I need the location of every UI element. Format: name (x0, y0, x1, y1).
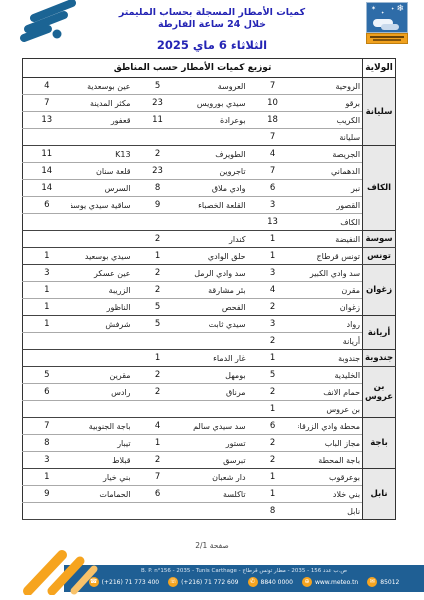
station-name-cell: تاجروين (183, 163, 248, 180)
rainfall-value-cell: 11 (133, 112, 183, 129)
station-name-cell: نبر (298, 180, 363, 197)
rainfall-value-cell: 7 (133, 469, 183, 486)
document-header: كميات الأمطار المسجلة بحساب المليمتر خلا… (0, 7, 424, 52)
station-name-cell: النفيضة (298, 231, 363, 248)
station-name-cell: قبلاط (71, 452, 133, 469)
station-name-cell: القلعة الخصباء (183, 197, 248, 214)
table-row: الكافالجريصة4الطويرف2K1311 (23, 146, 396, 163)
table-row: مقرن4بئر مشارقة2الزريبة1 (23, 282, 396, 299)
rainfall-value-cell: 4 (23, 78, 71, 95)
station-name-cell: بومهل (183, 367, 248, 384)
rainfall-value-cell: 1 (248, 248, 298, 265)
station-name-cell: العروسة (183, 78, 248, 95)
rainfall-value-cell: 6 (248, 180, 298, 197)
station-name-cell: نابل (298, 503, 363, 520)
wilaya-cell: نابل (363, 469, 396, 520)
station-name-cell (183, 503, 248, 520)
rainfall-value-cell: 3 (248, 197, 298, 214)
rainfall-value-cell: 2 (133, 452, 183, 469)
station-name-cell: بئر مشارقة (183, 282, 248, 299)
rainfall-value-cell: 14 (23, 163, 71, 180)
rainfall-value-cell: 1 (23, 299, 71, 316)
station-name-cell: الروحية (298, 78, 363, 95)
station-name-cell: جندوبة (298, 350, 363, 367)
rainfall-value-cell: 2 (133, 282, 183, 299)
wilaya-cell: أريانة (363, 316, 396, 350)
footer-slashes-decoration (16, 549, 102, 595)
rainfall-value-cell: 1 (23, 469, 71, 486)
rainfall-value-cell: 13 (248, 214, 298, 231)
snowflake-icon: ❄ (396, 4, 404, 14)
station-name-cell: قلعة سنان (71, 163, 133, 180)
inm-institute-logo: ❄ ✶ ✦ ✦ (366, 2, 408, 44)
rainfall-value-cell: 3 (248, 316, 298, 333)
station-name-cell: سد سيدي سالم (183, 418, 248, 435)
table-row: الكريب18بوعرادة11قعفور13 (23, 112, 396, 129)
station-name-cell: بني خيار (71, 469, 133, 486)
station-name-cell: الحمامات (71, 486, 133, 503)
station-name-cell: الجريصة (298, 146, 363, 163)
rainfall-value-cell: 23 (133, 163, 183, 180)
rainfall-value-cell (23, 333, 71, 350)
fax-icon: ☏ (168, 577, 178, 587)
footer-contact-item: ☏(+216) 71 772 609 (168, 577, 238, 587)
wilaya-cell: باجة (363, 418, 396, 469)
station-name-cell: وادي ملاق (183, 180, 248, 197)
station-name-cell: الكاف (298, 214, 363, 231)
station-name-cell: أريانة (298, 333, 363, 350)
star-icon: ✦ (391, 6, 394, 11)
wilaya-column-header: الولاية (363, 59, 396, 78)
station-name-cell: مقرن (298, 282, 363, 299)
station-name-cell (71, 503, 133, 520)
sms-icon: ✉ (367, 577, 377, 587)
title-line-1: كميات الأمطار المسجلة بحساب المليمتر (0, 7, 424, 19)
rainfall-value-cell (133, 503, 183, 520)
rainfall-value-cell: 8 (133, 180, 183, 197)
station-name-cell: محطة وادي الزرقاء (298, 418, 363, 435)
station-name-cell (71, 350, 133, 367)
footer-address-fr: B. P. n°156 - 2035 - Tunis Carthage - (141, 568, 241, 574)
table-row: برقو10سيدي بورويس23مكثر المدينة7 (23, 95, 396, 112)
table-row: جندوبةجندوبة1غار الدماء1 (23, 350, 396, 367)
table-header-row: الولاية توزيع كميات الأمطار حسب المناطق (23, 59, 396, 78)
station-name-cell: شرفش (71, 316, 133, 333)
rainfall-value-cell: 3 (23, 265, 71, 282)
station-name-cell: الفحص (183, 299, 248, 316)
rainfall-value-cell (23, 129, 71, 146)
station-name-cell: سد وادي الرمل (183, 265, 248, 282)
rainfall-value-cell: 4 (133, 418, 183, 435)
station-name-cell: الزريبة (71, 282, 133, 299)
rainfall-value-cell: 1 (133, 248, 183, 265)
rainfall-value-cell: 5 (133, 316, 183, 333)
table-row: نابلبوعرقوب1دار شعبان7بني خيار1 (23, 469, 396, 486)
rainfall-value-cell: 2 (133, 384, 183, 401)
wilaya-cell: جندوبة (363, 350, 396, 367)
table-row: بني خلاد1تاكلسة6الحمامات9 (23, 486, 396, 503)
rainfall-table: الولاية توزيع كميات الأمطار حسب المناطق … (22, 58, 396, 520)
station-name-cell: سد وادي الكبير (298, 265, 363, 282)
contact-text: (+216) 71 772 609 (181, 579, 238, 586)
station-name-cell: مرناق (183, 384, 248, 401)
wilaya-cell: زغوان (363, 265, 396, 316)
rainfall-value-cell: 6 (23, 384, 71, 401)
station-name-cell: تستور (183, 435, 248, 452)
station-name-cell: الخليدية (298, 367, 363, 384)
station-name-cell: الطويرف (183, 146, 248, 163)
station-name-cell: حلق الوادي (183, 248, 248, 265)
station-name-cell (71, 401, 133, 418)
rainfall-value-cell (23, 350, 71, 367)
rainfall-value-cell: 2 (248, 452, 298, 469)
rainfall-value-cell: 8 (23, 435, 71, 452)
wilaya-cell: تونس (363, 248, 396, 265)
table-row: باجة المحطة2تبرسق2قبلاط3 (23, 452, 396, 469)
rainfall-value-cell (23, 214, 71, 231)
station-name-cell: باجة الجنوبية (71, 418, 133, 435)
station-name-cell: الدهماني (298, 163, 363, 180)
star-icon: ✦ (381, 10, 384, 15)
station-name-cell: عين عسكر (71, 265, 133, 282)
station-name-cell: مجاز الباب (298, 435, 363, 452)
table-row: القصور3القلعة الخصباء9ساقية سيدي يوسف6 (23, 197, 396, 214)
rainfall-value-cell: 3 (248, 265, 298, 282)
table-row: مجاز الباب2تستور1تيبار8 (23, 435, 396, 452)
footer-bar: B. P. n°156 - 2035 - Tunis Carthage - ص.… (64, 565, 424, 592)
table-row: أريانة2 (23, 333, 396, 350)
rainfall-value-cell: 2 (248, 333, 298, 350)
station-name-cell (183, 401, 248, 418)
contact-text: www.meteo.tn (315, 579, 358, 586)
rainfall-value-cell: 9 (23, 486, 71, 503)
station-name-cell: تونس قرطاج (298, 248, 363, 265)
rainfall-value-cell: 7 (23, 95, 71, 112)
station-name-cell: رادس (71, 384, 133, 401)
station-name-cell: تبرسق (183, 452, 248, 469)
rainfall-value-cell (133, 214, 183, 231)
station-name-cell (71, 129, 133, 146)
table-row: باجةمحطة وادي الزرقاء6سد سيدي سالم4باجة … (23, 418, 396, 435)
footer-address-ar: ص.ب عدد 156 - 2035 - مطار تونس قرطاج (242, 568, 347, 574)
station-name-cell: سيدي ثابت (183, 316, 248, 333)
title-line-2: خلال 24 ساعة الفارطة (0, 19, 424, 31)
table-row: سليانة7 (23, 129, 396, 146)
rainfall-value-cell (23, 503, 71, 520)
table-row: بن عروسالخليدية5بومهل2مقرين5 (23, 367, 396, 384)
station-name-cell: مقرين (71, 367, 133, 384)
station-name-cell (71, 214, 133, 231)
rainfall-value-cell (133, 401, 183, 418)
station-name-cell (71, 231, 133, 248)
rainfall-value-cell: 5 (133, 299, 183, 316)
rainfall-value-cell (133, 333, 183, 350)
station-name-cell: بوعرادة (183, 112, 248, 129)
station-name-cell: ساقية سيدي يوسف (71, 197, 133, 214)
contact-text: (+216) 71 773 400 (102, 579, 159, 586)
station-name-cell (183, 214, 248, 231)
rainfall-value-cell: 2 (133, 367, 183, 384)
station-name-cell (183, 333, 248, 350)
table-row: زغوانسد وادي الكبير3سد وادي الرمل2عين عس… (23, 265, 396, 282)
table-row: زغوان2الفحص5الناظور1 (23, 299, 396, 316)
station-name-cell: الناظور (71, 299, 133, 316)
rainfall-value-cell: 13 (23, 112, 71, 129)
rainfall-value-cell: 4 (248, 282, 298, 299)
rainfall-value-cell (23, 401, 71, 418)
station-name-cell: بوعرقوب (298, 469, 363, 486)
rainfall-value-cell: 5 (248, 367, 298, 384)
rainfall-value-cell: 1 (248, 350, 298, 367)
rainfall-value-cell: 2 (248, 384, 298, 401)
inm-logo-name-band (366, 33, 408, 44)
rainfall-value-cell: 7 (23, 418, 71, 435)
station-name-cell: زغوان (298, 299, 363, 316)
footer-contact-item: ⊕www.meteo.tn (302, 577, 358, 587)
station-name-cell: سيدي بورويس (183, 95, 248, 112)
rainfall-value-cell (23, 231, 71, 248)
rainfall-value-cell: 1 (248, 401, 298, 418)
station-name-cell: سليانة (298, 129, 363, 146)
rainfall-value-cell: 2 (133, 265, 183, 282)
contact-text: 8840 0000 (261, 579, 293, 586)
table-row: تونستونس قرطاج1حلق الوادي1سيدي بوسعيد1 (23, 248, 396, 265)
footer-contacts: ☎(+216) 71 773 400☏(+216) 71 772 609✆884… (64, 577, 424, 587)
table-row: نبر6وادي ملاق8السرس14 (23, 180, 396, 197)
wilaya-cell: الكاف (363, 146, 396, 231)
rainfall-value-cell: 1 (248, 486, 298, 503)
contact-text: 85012 (380, 579, 399, 586)
footer-contact-item: ✉85012 (367, 577, 399, 587)
rainfall-value-cell: 6 (133, 486, 183, 503)
station-name-cell: K13 (71, 146, 133, 163)
globe-icon: ⊕ (302, 577, 312, 587)
rainfall-value-cell: 8 (248, 503, 298, 520)
station-name-cell: قعفور (71, 112, 133, 129)
rainfall-value-cell: 2 (248, 435, 298, 452)
station-name-cell: بن عروس (298, 401, 363, 418)
station-name-cell: تاكلسة (183, 486, 248, 503)
station-name-cell: غار الدماء (183, 350, 248, 367)
rainfall-value-cell: 6 (23, 197, 71, 214)
rainfall-value-cell: 2 (133, 146, 183, 163)
rainfall-value-cell: 18 (248, 112, 298, 129)
cloud-icon (381, 24, 399, 30)
wilaya-cell: سليانة (363, 78, 396, 146)
table-row: سليانةالروحية7العروسة5عين بوسعدية4 (23, 78, 396, 95)
rainfall-value-cell: 2 (248, 299, 298, 316)
rainfall-value-cell: 11 (23, 146, 71, 163)
table-row: حمام الانف2مرناق2رادس6 (23, 384, 396, 401)
station-name-cell: القصور (298, 197, 363, 214)
rainfall-value-cell: 1 (23, 282, 71, 299)
station-name-cell: السرس (71, 180, 133, 197)
table-row: سوسةالنفيضة1كندار2 (23, 231, 396, 248)
station-name-cell (183, 129, 248, 146)
rainfall-value-cell: 1 (248, 231, 298, 248)
star-icon: ✶ (371, 5, 376, 12)
wilaya-cell: سوسة (363, 231, 396, 248)
inm-logo-sky: ❄ ✶ ✦ ✦ (366, 2, 408, 33)
table-row: الدهماني7تاجروين23قلعة سنان14 (23, 163, 396, 180)
table-row: أريانةرواد3سيدي ثابت5شرفش1 (23, 316, 396, 333)
rainfall-value-cell: 9 (133, 197, 183, 214)
rainfall-value-cell: 1 (248, 469, 298, 486)
station-name-cell: باجة المحطة (298, 452, 363, 469)
rainfall-value-cell: 5 (23, 367, 71, 384)
rainfall-value-cell: 14 (23, 180, 71, 197)
station-name-cell: برقو (298, 95, 363, 112)
rainfall-value-cell: 7 (248, 129, 298, 146)
report-date: الثلاثاء 6 ماي 2025 (0, 38, 424, 52)
station-name-cell: تيبار (71, 435, 133, 452)
station-name-cell: عين بوسعدية (71, 78, 133, 95)
station-name-cell: سيدي بوسعيد (71, 248, 133, 265)
station-name-cell: دار شعبان (183, 469, 248, 486)
station-name-cell: حمام الانف (298, 384, 363, 401)
footer-address: B. P. n°156 - 2035 - Tunis Carthage - ص.… (64, 568, 424, 574)
wilaya-cell: بن عروس (363, 367, 396, 418)
rainfall-value-cell (133, 129, 183, 146)
rainfall-value-cell: 3 (23, 452, 71, 469)
station-name-cell: الكريب (298, 112, 363, 129)
station-name-cell: كندار (183, 231, 248, 248)
station-name-cell: بني خلاد (298, 486, 363, 503)
rainfall-value-cell: 2 (133, 231, 183, 248)
table-row: نابل8 (23, 503, 396, 520)
rainfall-value-cell: 10 (248, 95, 298, 112)
hotline-icon: ✆ (248, 577, 258, 587)
rainfall-value-cell: 1 (133, 435, 183, 452)
rainfall-value-cell: 1 (23, 316, 71, 333)
rainfall-value-cell: 6 (248, 418, 298, 435)
regions-distribution-header: توزيع كميات الأمطار حسب المناطق (23, 59, 363, 78)
rainfall-value-cell: 1 (133, 350, 183, 367)
rainfall-value-cell: 7 (248, 78, 298, 95)
rainfall-value-cell: 7 (248, 163, 298, 180)
table-row: بن عروس1 (23, 401, 396, 418)
footer-contact-item: ✆8840 0000 (248, 577, 293, 587)
station-name-cell (71, 333, 133, 350)
station-name-cell: مكثر المدينة (71, 95, 133, 112)
rainfall-value-cell: 4 (248, 146, 298, 163)
rainfall-value-cell: 23 (133, 95, 183, 112)
table-row: الكاف13 (23, 214, 396, 231)
station-name-cell: رواد (298, 316, 363, 333)
rainfall-value-cell: 5 (133, 78, 183, 95)
rainfall-bulletin-page: كميات الأمطار المسجلة بحساب المليمتر خلا… (0, 0, 424, 600)
rainfall-value-cell: 1 (23, 248, 71, 265)
